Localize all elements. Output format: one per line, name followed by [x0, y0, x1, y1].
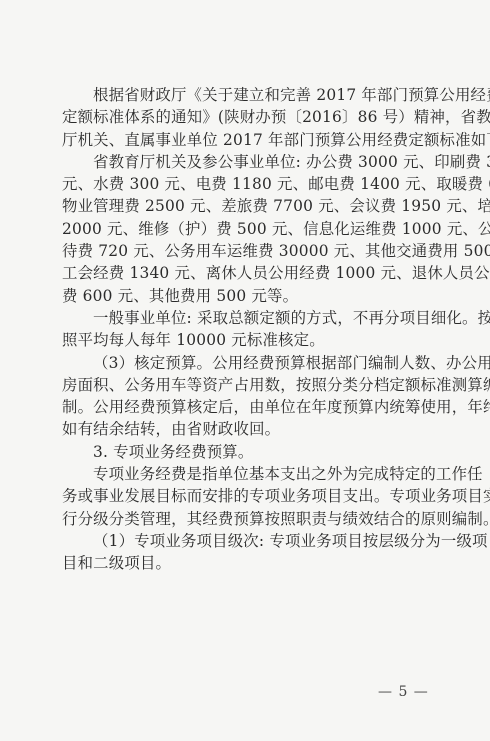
text-line: 厅机关、直属事业单位 2017 年部门预算公用经费定额标准如下:: [62, 129, 444, 151]
text-line: 目和二级项目。: [62, 552, 444, 574]
text-line: 定额标准体系的通知》(陕财办预〔2016〕86 号）精神，省教育: [62, 106, 444, 128]
text-line: 务或事业发展目标而安排的专项业务项目支出。专项业务项目实: [62, 485, 444, 507]
text-line: 工会经费 1340 元、离休人员公用经费 1000 元、退休人员公用经: [62, 262, 444, 284]
text-line: 物业管理费 2500 元、差旅费 7700 元、会议费 1950 元、培训费: [62, 195, 444, 217]
text-line: 行分级分类管理，其经费预算按照职责与绩效结合的原则编制。: [62, 508, 444, 530]
text-line: 待费 720 元、公务用车运维费 30000 元、其他交通费用 50000 元、: [62, 240, 444, 262]
text-line: 如有结余结转，由省财政收回。: [62, 418, 444, 440]
text-line: （1）专项业务项目级次: 专项业务项目按层级分为一级项: [62, 530, 444, 552]
text-line: 一般事业单位: 采取总额定额的方式，不再分项目细化。按: [62, 307, 444, 329]
text-line: 专项业务经费是指单位基本支出之外为完成特定的工作任: [62, 463, 444, 485]
section-heading: （3）核定预算。公用经费预算根据部门编制人数、办公用: [62, 352, 444, 374]
text-line: 2000 元、维修（护）费 500 元、信息化运维费 1000 元、公务接: [62, 218, 444, 240]
text-line: 费 600 元、其他费用 500 元等。: [62, 285, 444, 307]
text-line: 照平均每人每年 10000 元标准核定。: [62, 329, 444, 351]
text-line: 省教育厅机关及参公事业单位: 办公费 3000 元、印刷费 300: [62, 151, 444, 173]
document-body: 根据省财政厅《关于建立和完善 2017 年部门预算公用经费 定额标准体系的通知》…: [62, 84, 444, 575]
section-heading: 3. 专项业务经费预算。: [62, 441, 444, 463]
text-line: 元、水费 300 元、电费 1180 元、邮电费 1400 元、取暖费 600 …: [62, 173, 444, 195]
text-line: 制。公用经费预算核定后，由单位在年度预算内统筹使用，年终: [62, 396, 444, 418]
page-number: — 5 —: [378, 684, 429, 700]
text-line: 根据省财政厅《关于建立和完善 2017 年部门预算公用经费: [62, 84, 444, 106]
text-line: 房面积、公务用车等资产占用数，按照分类分档定额标准测算编: [62, 374, 444, 396]
